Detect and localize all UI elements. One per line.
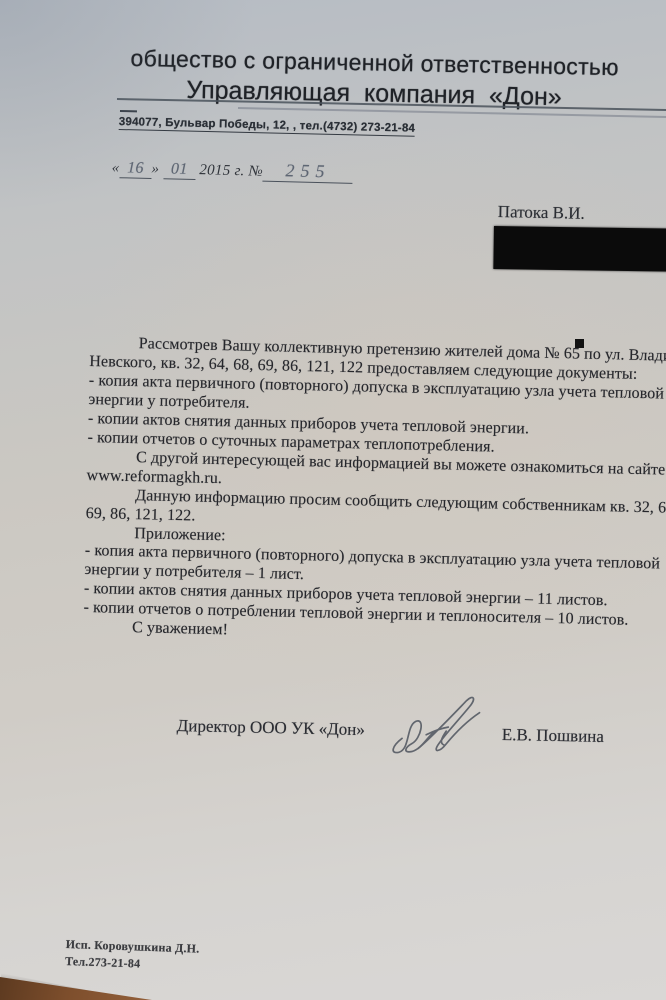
body-line: С уважением! <box>83 618 666 652</box>
body-line: - копия акта первичного (повторного) доп… <box>89 372 666 406</box>
letter-body: Рассмотрев Вашу коллективную претензию ж… <box>83 334 666 652</box>
table-surface <box>0 977 152 1000</box>
executor-name: Исп. Коровушкина Д.Н. <box>65 936 199 957</box>
address-text: 394077, Бульвар Победы, 12, , тел.(4732) <box>119 116 361 133</box>
ref-day-handwritten: 16 <box>119 159 151 179</box>
body-line: Приложение: <box>85 523 666 557</box>
executor-block: Исп. Коровушкина Д.Н. Тел.273-21-84 <box>65 936 200 974</box>
body-line: - копия акта первичного (повторного) доп… <box>85 542 666 576</box>
paper-edge-shadow <box>0 973 160 1000</box>
reference-line: «16»012015 г.№255 <box>111 156 353 184</box>
ref-number-handwritten: 255 <box>263 160 354 184</box>
body-line: Невского, кв. 32, 64, 68, 69, 86, 121, 1… <box>89 353 666 387</box>
body-line: - копии отчетов о суточных параметрах те… <box>87 429 666 463</box>
body-line: - копии актов снятия данных приборов уче… <box>88 410 666 444</box>
body-line: www.reformagkh.ru. <box>86 467 666 501</box>
letterhead: общество с ограниченной ответственностью… <box>87 42 662 115</box>
body-line: Данную информацию просим сообщить следую… <box>86 486 666 520</box>
body-line: энергии у потребителя. <box>88 391 666 425</box>
letterhead-rule <box>117 98 666 111</box>
letterhead-rule-secondary <box>238 107 666 118</box>
quote-open: « <box>112 160 120 176</box>
signatory-role: Директор ООО УК «Дон» <box>177 716 366 740</box>
handwritten-signature <box>382 686 495 769</box>
body-line: Рассмотрев Вашу коллективную претензию ж… <box>90 334 666 368</box>
redaction-mark <box>575 339 584 348</box>
addressee-name: Патока В.И. <box>498 202 585 224</box>
body-line: - копии отчетов о потреблении тепловой э… <box>83 599 666 633</box>
body-line: энергии у потребителя – 1 лист. <box>84 561 666 595</box>
signatory-name: Е.В. Пошвина <box>502 725 604 747</box>
body-line: 69, 86, 121, 122. <box>86 505 666 539</box>
body-line: - копии актов снятия данных приборов уче… <box>84 580 666 614</box>
org-address: 394077, Бульвар Победы, 12, , тел.(4732)… <box>119 115 416 137</box>
ref-month-handwritten: 01 <box>163 160 195 180</box>
org-name-line2: Управляющая компания «Дон» <box>87 72 662 115</box>
ref-year-label: 2015 г. <box>199 162 245 179</box>
address-phone: 273-21-84 <box>361 121 415 134</box>
document-photo: общество с ограниченной ответственностью… <box>0 0 666 1000</box>
body-line: С другой интересующей вас информацией вы… <box>87 448 666 482</box>
ref-number-label: № <box>248 163 263 179</box>
letterhead-dash <box>120 110 137 113</box>
quote-close: » <box>151 161 159 177</box>
redaction-box <box>493 226 666 272</box>
org-name-line1: общество с ограниченной ответственностью <box>87 42 661 83</box>
executor-phone: Тел.273-21-84 <box>65 952 199 973</box>
